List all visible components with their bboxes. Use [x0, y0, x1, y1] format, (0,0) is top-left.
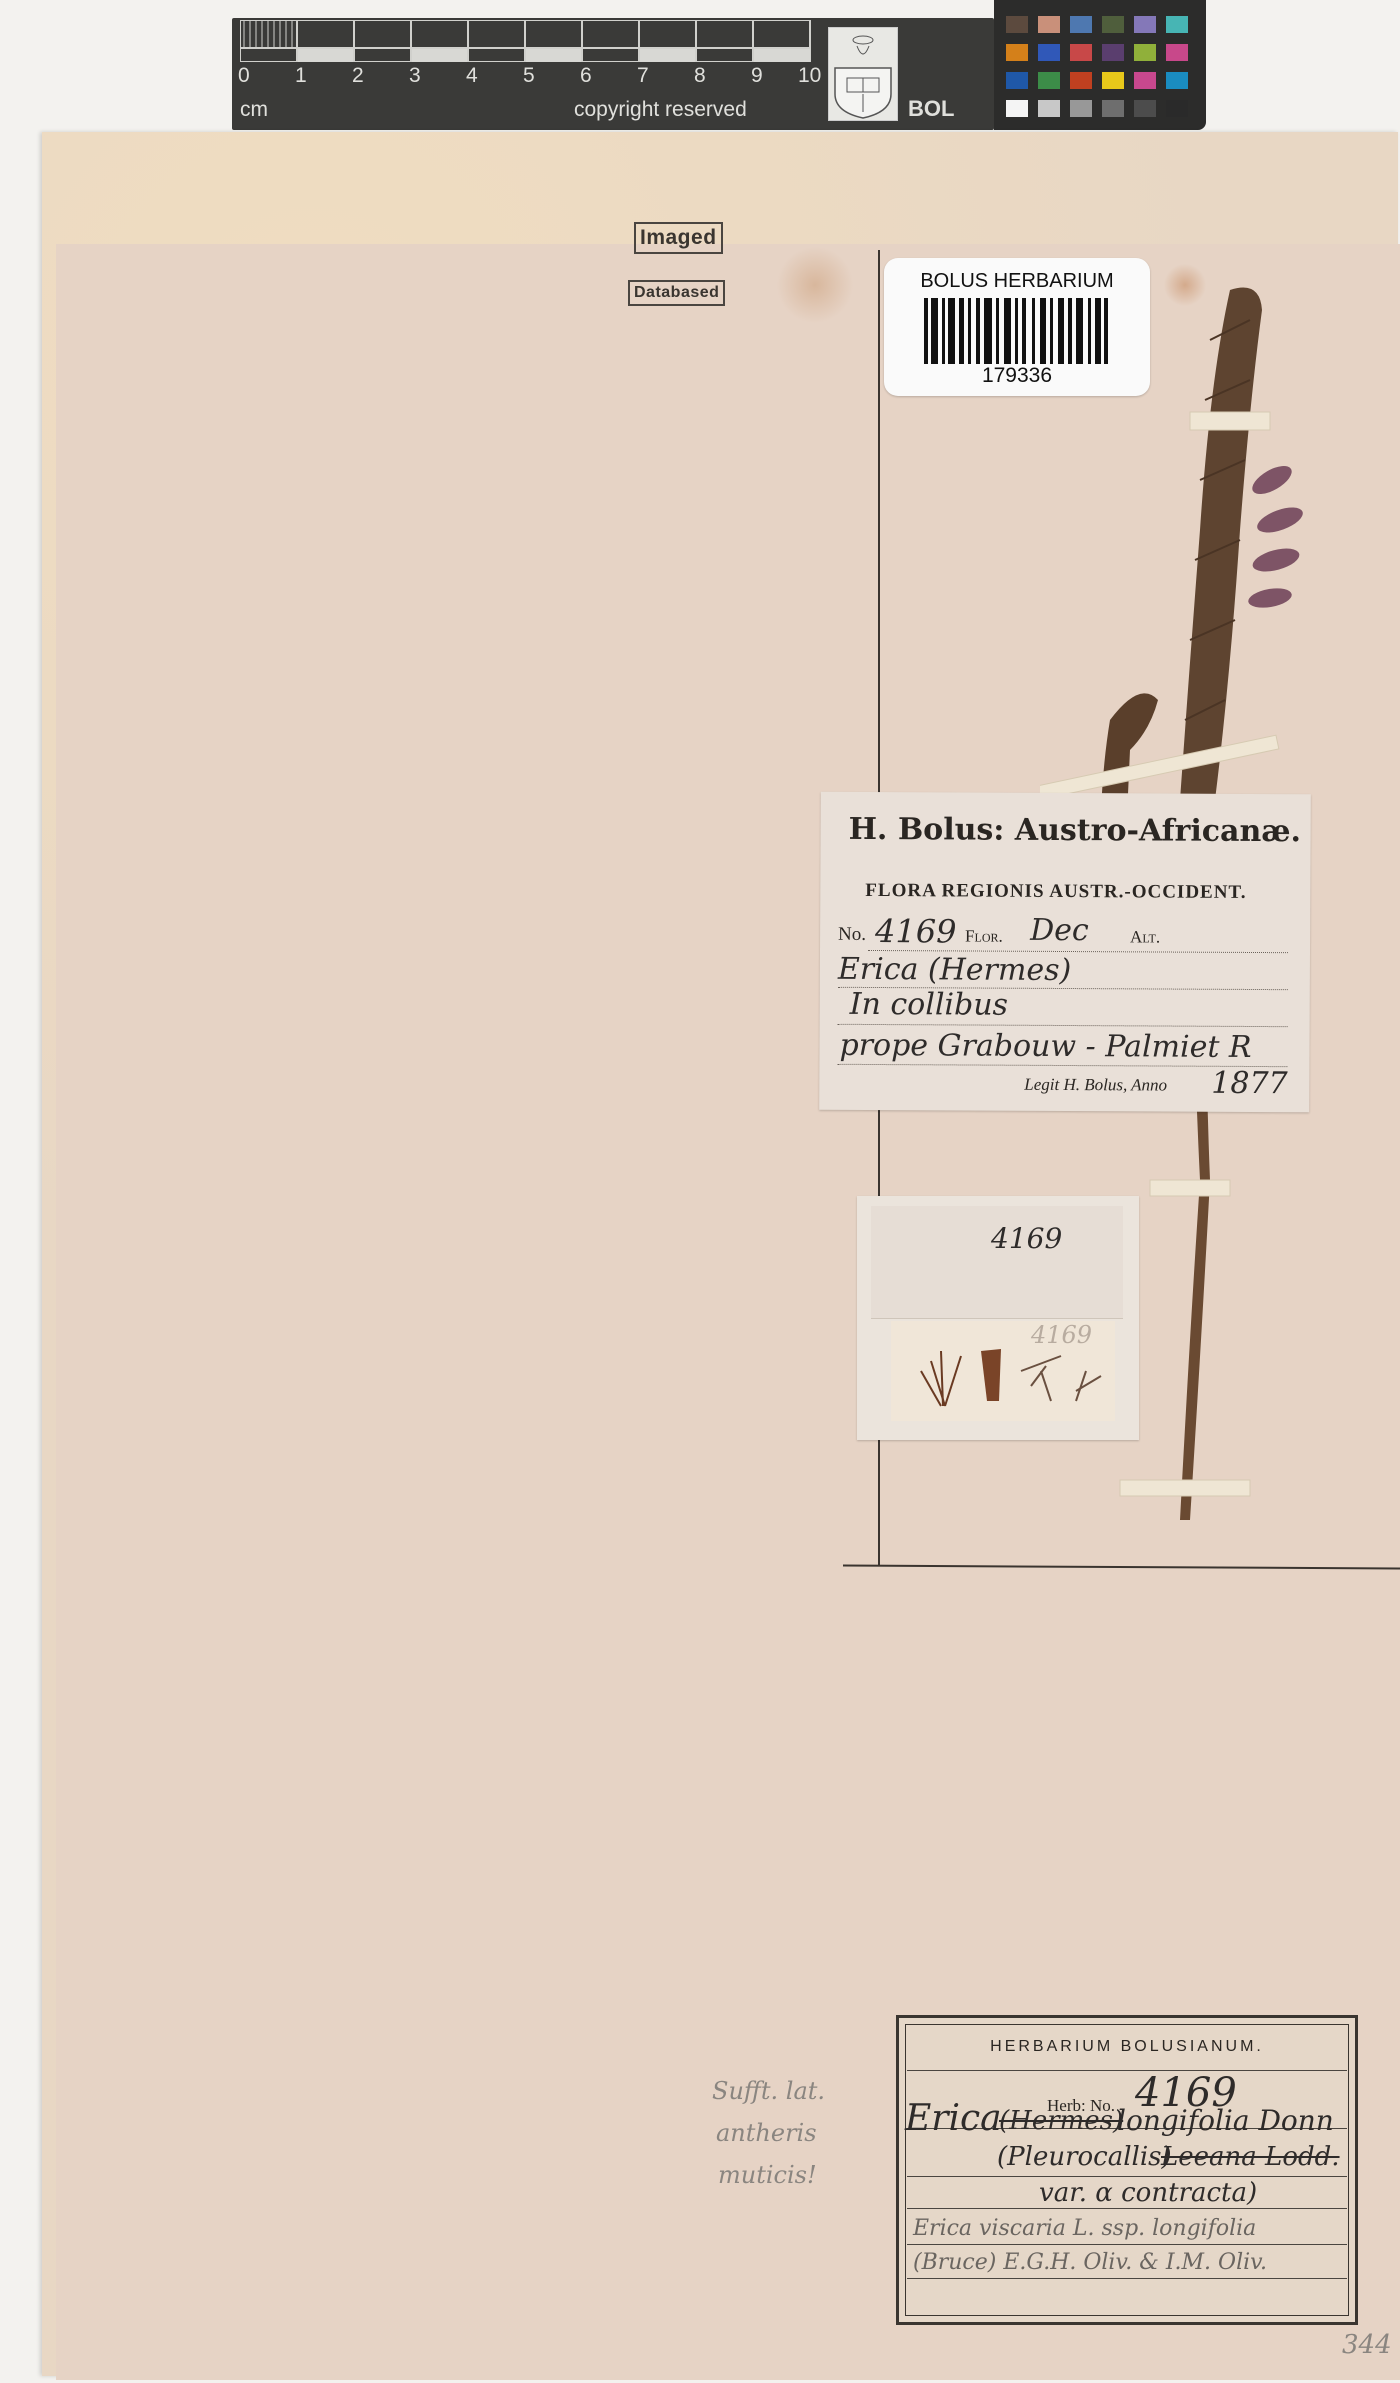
number-label: No. [838, 924, 866, 946]
color-swatch [1102, 16, 1124, 33]
scale-bar: 0 1 2 3 4 5 6 7 8 9 10 cm copyright rese… [232, 18, 994, 130]
color-swatch [1038, 72, 1060, 89]
determination-label: HERBARIUM BOLUSIANUM. Herb: No. 4169 Eri… [896, 2015, 1358, 2325]
struck-synonym: Leeana Lodd. [1161, 2142, 1340, 2172]
color-swatch [1038, 44, 1060, 61]
color-swatch [1166, 44, 1188, 61]
collection-year: 1877 [1211, 1066, 1288, 1101]
imaged-stamp: Imaged [634, 222, 723, 254]
color-swatch [1166, 72, 1188, 89]
collection-number: 4169 [875, 912, 957, 950]
color-swatch [1134, 100, 1156, 117]
color-swatch [1134, 16, 1156, 33]
tick-10: 10 [798, 64, 821, 88]
color-swatch [1166, 100, 1188, 117]
color-checker-card [994, 0, 1206, 130]
color-swatch [1102, 100, 1124, 117]
tick-5: 5 [523, 64, 535, 88]
stain-spots [770, 240, 860, 330]
collection-label: H. Bolus: Austro-Africanæ. FLORA REGIONI… [819, 792, 1311, 1113]
tick-9: 9 [751, 64, 763, 88]
packet-number: 4169 [991, 1222, 1062, 1255]
section-name: (Pleurocallis) [997, 2142, 1172, 2172]
collection-label-subheader: FLORA REGIONIS AUSTR.-OCCIDENT. [865, 880, 1246, 904]
institution-code: BOL [908, 96, 954, 122]
collection-label-header: H. Bolus: Austro-Africanæ. [849, 812, 1302, 849]
copyright-text: copyright reserved [574, 98, 747, 122]
color-swatch [1038, 16, 1060, 33]
color-swatch [1134, 72, 1156, 89]
color-swatch [1070, 44, 1092, 61]
tick-3: 3 [409, 64, 421, 88]
redetermination-line-1: Erica viscaria L. ssp. longifolia [913, 2216, 1256, 2241]
pencil-line-3: muticis! [712, 2154, 825, 2196]
struck-section: (Hermes) [999, 2106, 1123, 2136]
variety-name: var. α contracta) [1039, 2178, 1257, 2208]
pencil-line-1: Sufft. lat. [712, 2070, 825, 2112]
altitude-label: Alt. [1130, 927, 1160, 947]
tick-6: 6 [580, 64, 592, 88]
color-swatch [1006, 72, 1028, 89]
tick-2: 2 [352, 64, 364, 88]
genus-name: Erica [905, 2098, 1002, 2139]
fragment-card: 4169 [891, 1321, 1115, 1421]
tick-4: 4 [466, 64, 478, 88]
tick-0: 0 [238, 64, 250, 88]
unit-label: cm [240, 98, 268, 122]
tick-1: 1 [295, 64, 307, 88]
color-swatch [1038, 100, 1060, 117]
pencil-line-2: antheris [712, 2112, 825, 2154]
species-name: longifolia Donn [1117, 2104, 1334, 2137]
color-swatch [1070, 16, 1092, 33]
color-swatch [1006, 16, 1028, 33]
tick-7: 7 [637, 64, 649, 88]
color-swatch [1166, 16, 1188, 33]
color-swatch [1006, 44, 1028, 61]
color-swatch [1070, 72, 1092, 89]
dissected-flower-parts [901, 1331, 1111, 1411]
habitat-handwritten: In collibus [850, 987, 1008, 1023]
pencil-annotation: Sufft. lat. antheris muticis! [712, 2070, 825, 2196]
genus-handwritten: Erica (Hermes) [838, 952, 1072, 988]
university-crest-icon [828, 27, 898, 121]
redetermination-line-2: (Bruce) E.G.H. Oliv. & I.M. Oliv. [913, 2250, 1267, 2275]
tick-8: 8 [694, 64, 706, 88]
databased-stamp: Databased [628, 280, 725, 306]
flowering-label: Flor. [965, 926, 1003, 946]
sheet-number: 344 [1342, 2330, 1392, 2360]
color-swatch [1102, 44, 1124, 61]
color-swatch [1006, 100, 1028, 117]
locality-handwritten: prope Grabouw - Palmiet R [839, 1028, 1251, 1065]
fragment-packet: 4169 4169 [857, 1196, 1139, 1440]
color-swatch [1134, 44, 1156, 61]
color-swatch [1102, 72, 1124, 89]
color-swatch [1070, 100, 1092, 117]
determination-title: HERBARIUM BOLUSIANUM. [899, 2038, 1355, 2056]
packet-flap: 4169 [871, 1206, 1123, 1319]
legit-text: Legit H. Bolus, Anno [1024, 1075, 1167, 1096]
flowering-month: Dec [1030, 913, 1089, 948]
